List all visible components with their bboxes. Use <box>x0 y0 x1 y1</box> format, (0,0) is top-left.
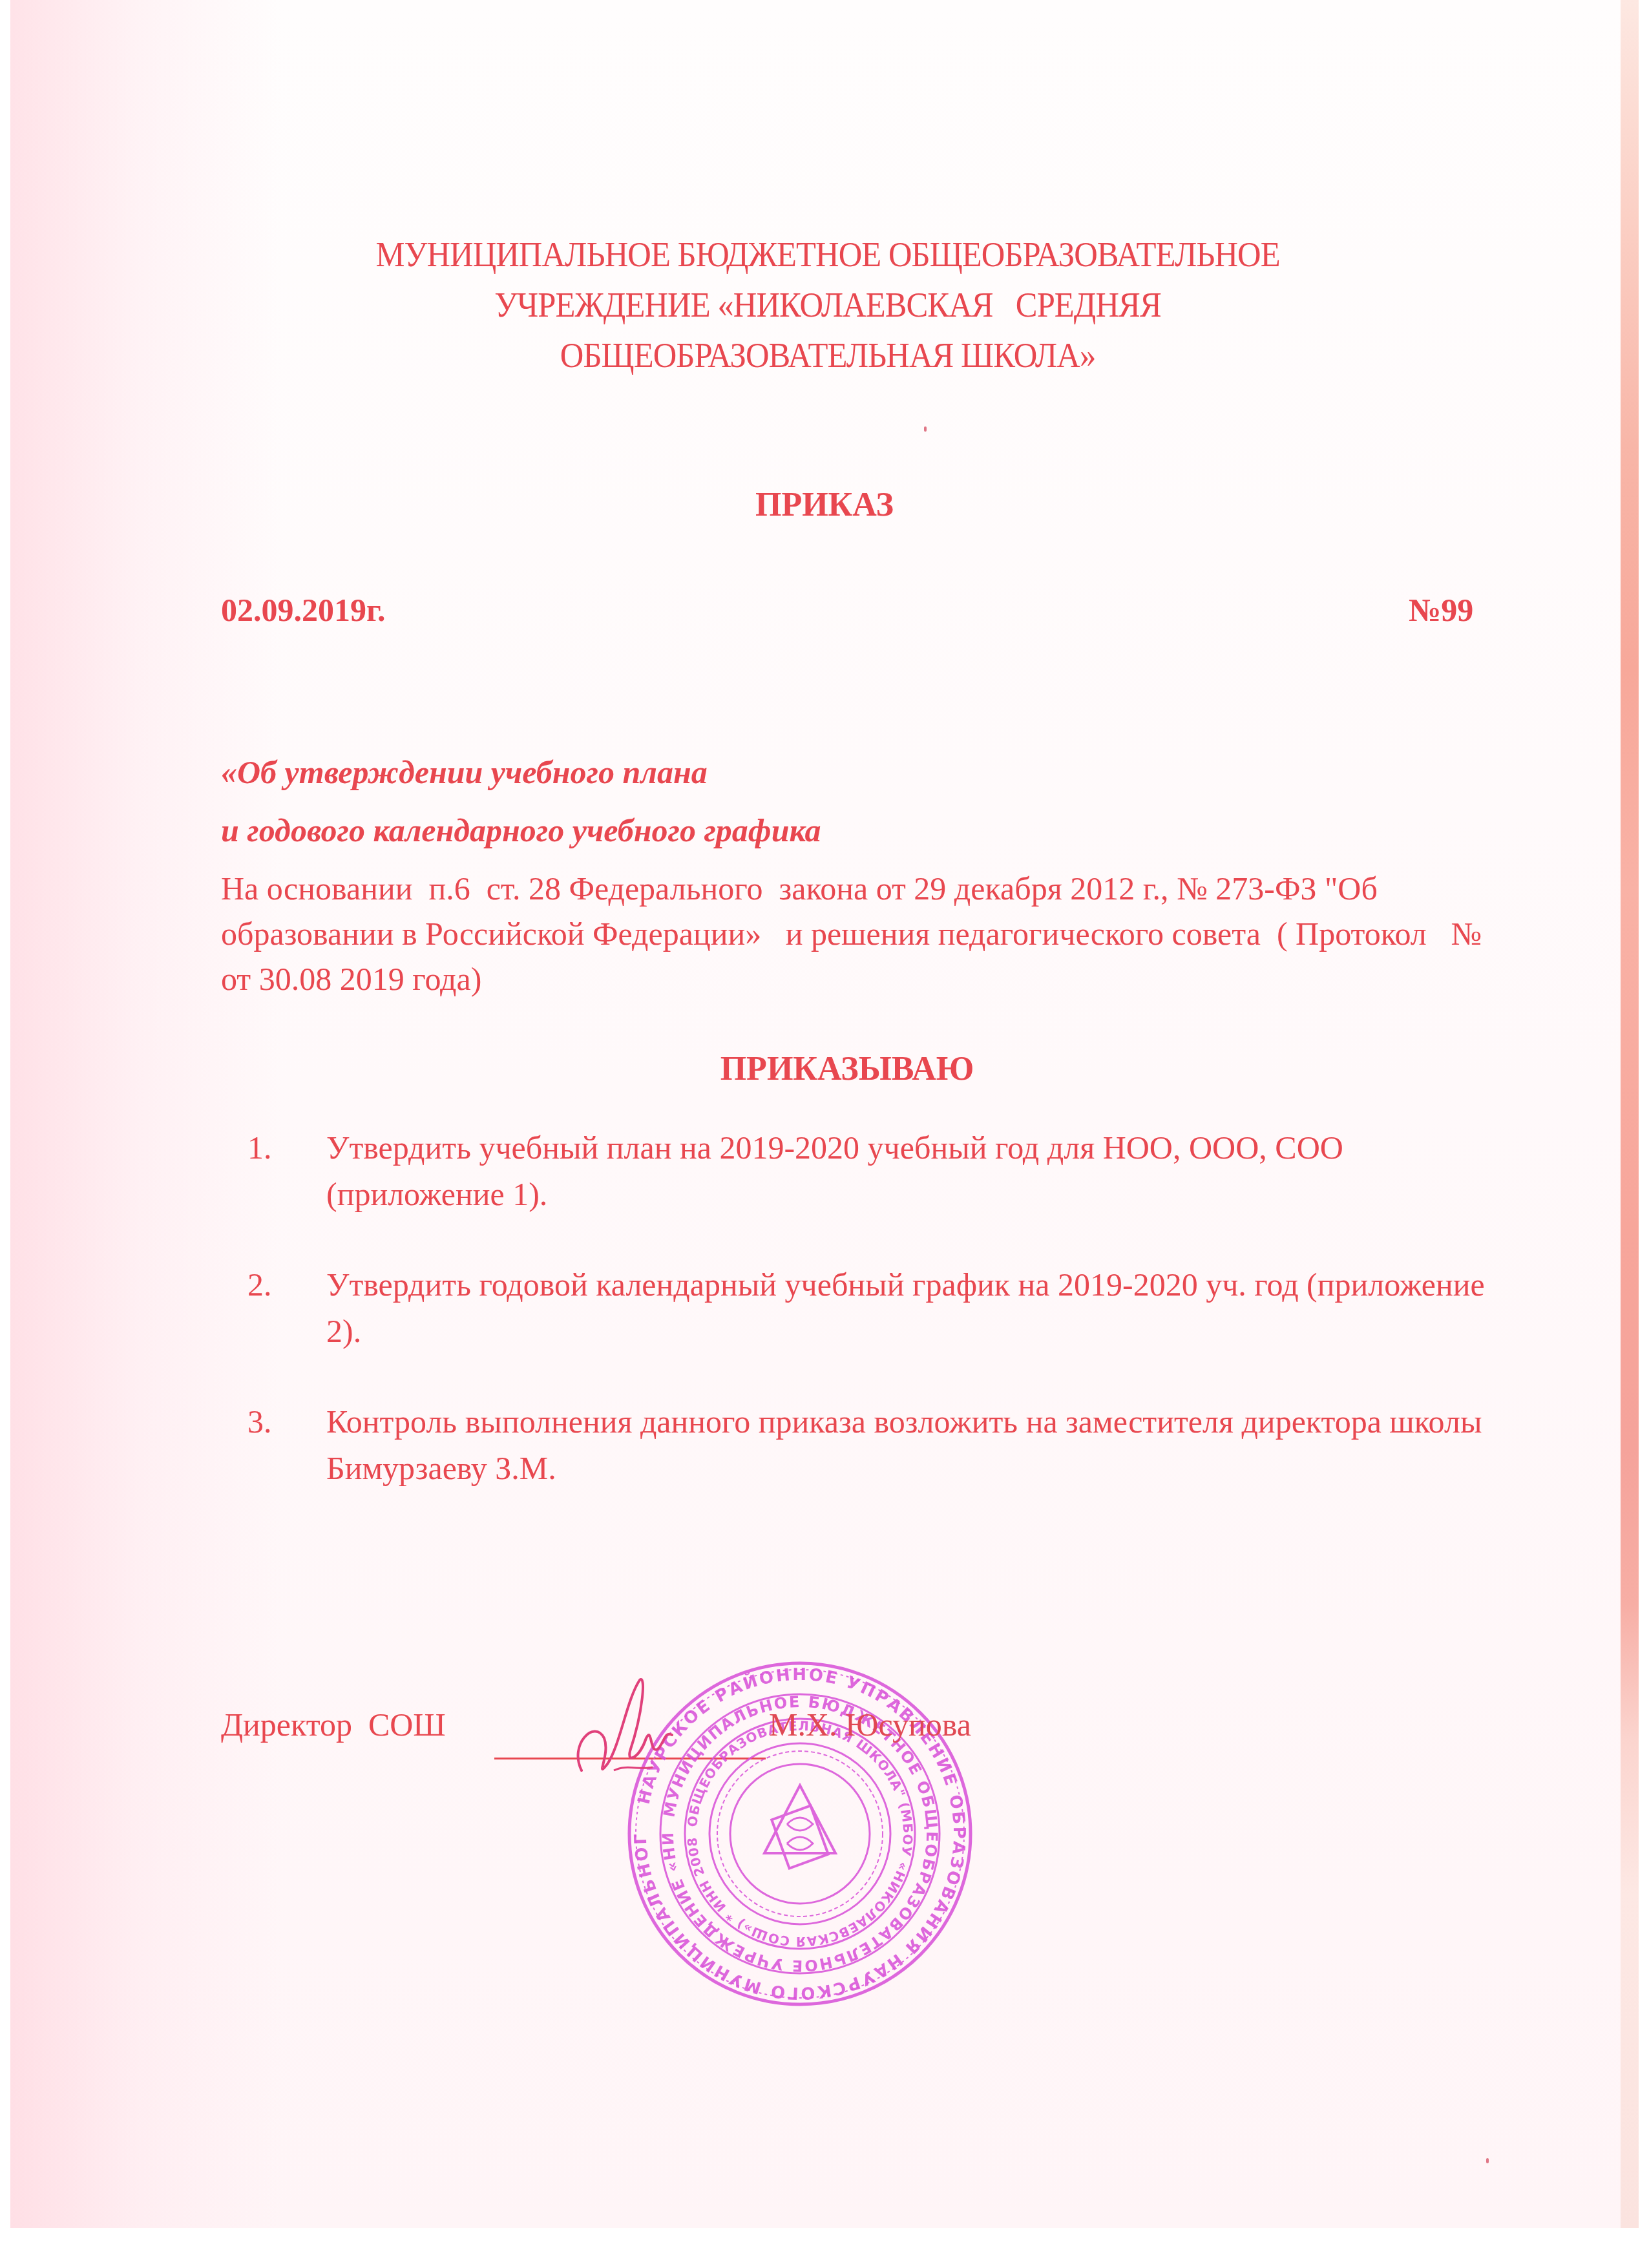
subject-line: «Об утверждении учебного плана <box>221 743 821 801</box>
item-number: 1. <box>247 1124 272 1171</box>
scan-edge-artifact <box>1621 0 1639 2228</box>
document-title: ПРИКАЗ <box>0 486 1649 524</box>
item-number: 2. <box>247 1261 272 1308</box>
item-number: 3. <box>247 1398 272 1445</box>
signature-position-label: Директор СОШ <box>221 1706 446 1743</box>
order-heading: ПРИКАЗЫВАЮ <box>0 1050 1649 1088</box>
legal-basis-paragraph: На основании п.6 ст. 28 Федерального зак… <box>221 866 1507 1002</box>
order-item: 1. Утвердить учебный план на 2019-2020 у… <box>242 1124 1502 1217</box>
item-text: Утвердить годовой календарный учебный гр… <box>326 1266 1485 1349</box>
handwritten-signature-icon <box>569 1674 698 1790</box>
item-text: Контроль выполнения данного приказа возл… <box>326 1403 1482 1486</box>
order-items-list: 1. Утвердить учебный план на 2019-2020 у… <box>242 1124 1502 1535</box>
institution-header: МУНИЦИПАЛЬНОЕ БЮДЖЕТНОЕ ОБЩЕОБРАЗОВАТЕЛЬ… <box>69 229 1586 381</box>
header-line: МУНИЦИПАЛЬНОЕ БЮДЖЕТНОЕ ОБЩЕОБРАЗОВАТЕЛЬ… <box>69 229 1586 280</box>
subject-line: и годового календарного учебного графика <box>221 801 821 859</box>
header-line: ОБЩЕОБРАЗОВАТЕЛЬНАЯ ШКОЛА» <box>69 330 1586 381</box>
order-number: №99 <box>1409 591 1473 629</box>
order-item: 2. Утвердить годовой календарный учебный… <box>242 1261 1502 1354</box>
order-subject: «Об утверждении учебного плана и годовог… <box>221 743 821 859</box>
scan-speck <box>924 426 927 432</box>
header-line: УЧРЕЖДЕНИЕ «НИКОЛАЕВСКАЯ СРЕДНЯЯ <box>69 280 1586 330</box>
director-name: М.Х. Юсупова <box>769 1706 971 1743</box>
order-item: 3. Контроль выполнения данного приказа в… <box>242 1398 1502 1491</box>
order-date: 02.09.2019г. <box>221 591 386 629</box>
item-text: Утвердить учебный план на 2019-2020 учеб… <box>326 1129 1343 1212</box>
scan-speck <box>1486 2158 1489 2163</box>
